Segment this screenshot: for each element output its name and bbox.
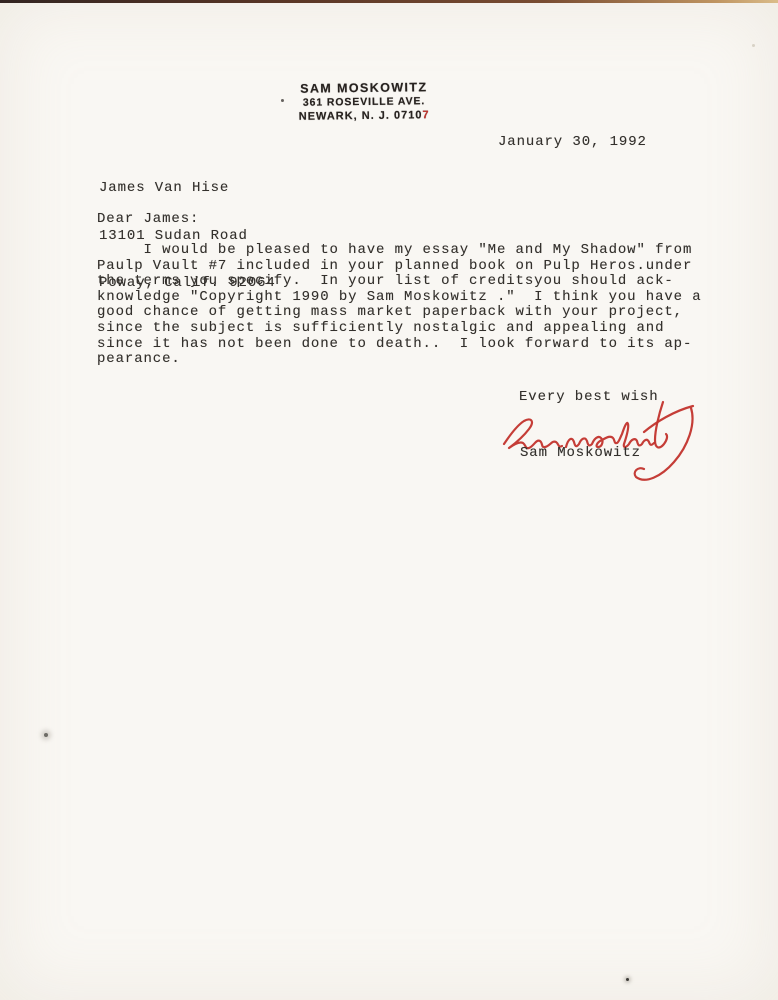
scan-edge-artifact <box>0 0 778 3</box>
stamp-ink-dot <box>281 99 284 102</box>
typed-signature-name: Sam Moskowitz <box>520 445 641 461</box>
stamp-name-line: SAM MOSKOWITZ <box>289 80 439 96</box>
signature-stroke-moskowitz <box>566 423 654 447</box>
return-address-stamp: SAM MOSKOWITZ 361 ROSEVILLE AVE. NEWARK,… <box>289 80 440 124</box>
scanned-letter-page: SAM MOSKOWITZ 361 ROSEVILLE AVE. NEWARK,… <box>0 0 778 1000</box>
dust-speck <box>44 733 48 737</box>
stamp-city-zip-black: NEWARK, N. J. 0710 <box>299 109 423 123</box>
salutation-line: Dear James: <box>97 211 199 227</box>
signature-stroke-sam <box>504 419 562 448</box>
stamp-city-zip-line: NEWARK, N. J. 07107 <box>289 109 439 124</box>
dust-speck <box>626 978 629 981</box>
letter-body-paragraph: I would be pleased to have my essay "Me … <box>97 243 702 368</box>
dust-speck <box>752 44 755 47</box>
letter-date: January 30, 1992 <box>498 134 647 150</box>
signature-stroke-tstem <box>655 402 667 447</box>
recipient-name: James Van Hise <box>99 181 276 197</box>
handwritten-signature-red-ink <box>500 398 700 490</box>
stamp-zip-red-digit: 7 <box>422 109 429 121</box>
stamp-street-line: 361 ROSEVILLE AVE. <box>289 95 439 110</box>
